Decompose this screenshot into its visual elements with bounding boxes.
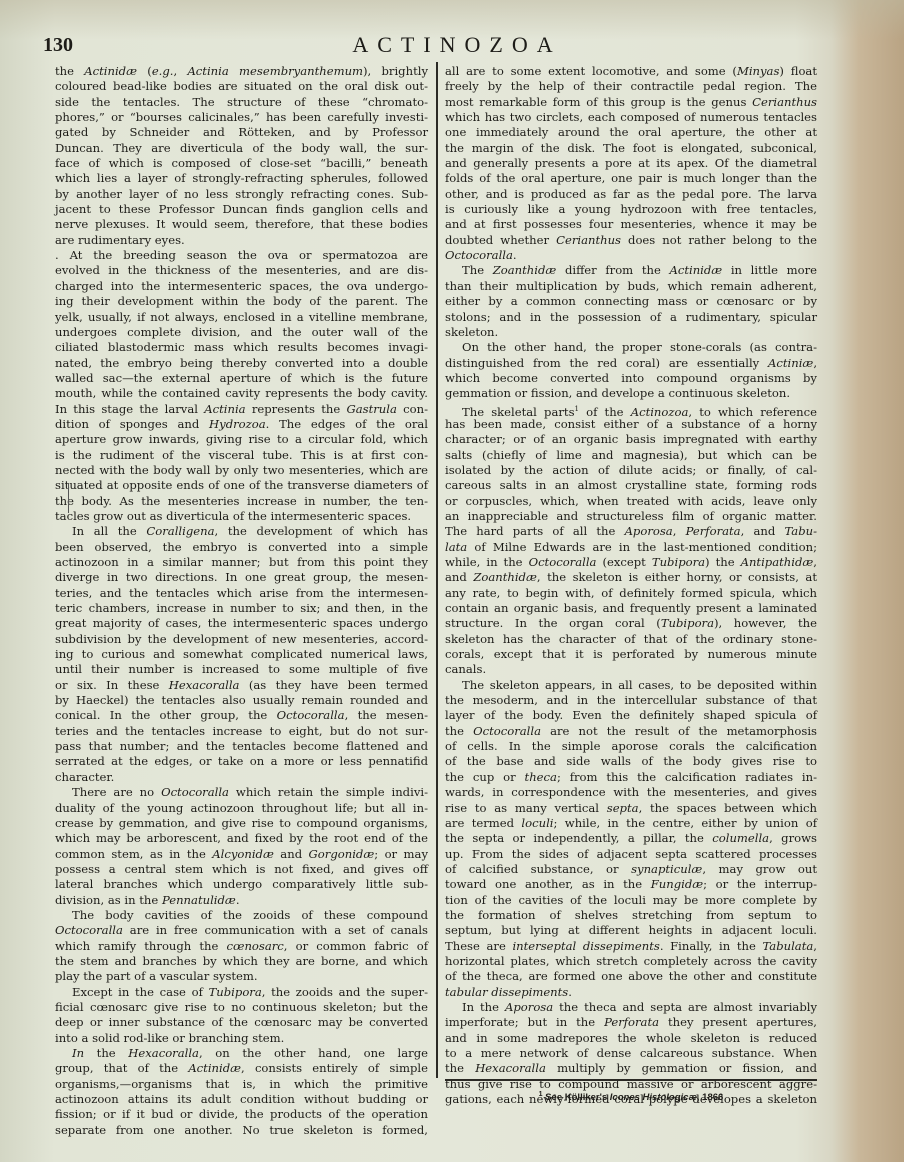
- text-line: In all the Coralligena, the development …: [55, 524, 428, 539]
- text-line: . At the breeding season the ova or sper…: [55, 248, 428, 263]
- text-line: up. From the sides of adjacent septa sca…: [445, 847, 817, 862]
- text-line: In this stage the larval Actinia represe…: [55, 402, 428, 417]
- text-line: wards, in correspondence with the mesent…: [445, 785, 817, 800]
- text-line: dition of sponges and Hydrozoa. The edge…: [55, 417, 428, 432]
- text-line: undergoes complete division, and the out…: [55, 325, 428, 340]
- text-line: while, in the Octocoralla (except Tubipo…: [445, 555, 817, 570]
- text-line: of calcified substance, or synapticulæ, …: [445, 862, 817, 877]
- text-line: nected with the body wall by only two me…: [55, 463, 428, 478]
- text-line: the mesoderm, and in the intercellular s…: [445, 693, 817, 708]
- text-line: gemmation or fission, and develope a con…: [445, 386, 817, 401]
- column-divider: [436, 62, 438, 1078]
- text-line: ficial cœnosarc give rise to no continuo…: [55, 1000, 428, 1015]
- text-line: are termed loculi; while, in the centre,…: [445, 816, 817, 831]
- text-line: horizontal plates, which stretch complet…: [445, 954, 817, 969]
- text-line: walled sac—the external aperture of whic…: [55, 371, 428, 386]
- text-line: Octocoralla.: [445, 248, 817, 263]
- text-line: and Zoanthidæ, the skeleton is either ho…: [445, 570, 817, 585]
- text-line: fission; or if it bud or divide, the pro…: [55, 1107, 428, 1122]
- text-line: the cup or theca; from this the calcific…: [445, 770, 817, 785]
- text-line: character.: [55, 770, 428, 785]
- text-line: Octocoralla are in free communication wi…: [55, 923, 428, 938]
- text-line: The Zoanthidæ differ from the Actinidæ i…: [445, 263, 817, 278]
- text-line: which ramify through the cœnosarc, or co…: [55, 939, 428, 954]
- text-line: and generally presents a pore at its ape…: [445, 156, 817, 171]
- text-line: either by a common connecting mass or cœ…: [445, 294, 817, 309]
- text-line: is the rudiment of the visceral tube. Th…: [55, 448, 428, 463]
- text-line: teries, and the tentacles which arise fr…: [55, 586, 428, 601]
- text-line: corals, except that it is perforated by …: [445, 647, 817, 662]
- right-column: all are to some extent locomotive, and s…: [445, 64, 817, 1107]
- text-line: into a solid rod-like or branching stem.: [55, 1031, 428, 1046]
- text-line: all are to some extent locomotive, and s…: [445, 64, 817, 79]
- text-line: the Actinidæ (e.g., Actinia mesembryanth…: [55, 64, 428, 79]
- text-line: the body. As the mesenteries increase in…: [55, 494, 428, 509]
- text-line: doubted whether Cerianthus does not rath…: [445, 233, 817, 248]
- text-line: than their multiplication by buds, which…: [445, 279, 817, 294]
- text-line: are rudimentary eyes.: [55, 233, 428, 248]
- text-line: conical. In the other group, the Octocor…: [55, 708, 428, 723]
- text-line: of cells. In the simple aporose corals t…: [445, 739, 817, 754]
- text-line: evolved in the thickness of the mesenter…: [55, 263, 428, 278]
- text-line: subdivision by the development of new me…: [55, 632, 428, 647]
- text-line: careous salts in an almost crystalline s…: [445, 478, 817, 493]
- text-line: an inappreciable and structureless film …: [445, 509, 817, 524]
- text-line: which lies a layer of strongly-refractin…: [55, 171, 428, 186]
- text-line: isolated by the action of dilute acids; …: [445, 463, 817, 478]
- text-line: most remarkable form of this group is th…: [445, 95, 817, 110]
- text-line: phores,” or “bourses calicinales,” has b…: [55, 110, 428, 125]
- text-line: been observed, the embryo is converted i…: [55, 540, 428, 555]
- text-line: any rate, to begin with, of definitely f…: [445, 586, 817, 601]
- text-line: other, and is produced as far as the ped…: [445, 187, 817, 202]
- text-line: ciliated blastodermic mass which results…: [55, 340, 428, 355]
- text-line: The body cavities of the zooids of these…: [55, 908, 428, 923]
- text-line: possess a central stem which is not fixe…: [55, 862, 428, 877]
- text-line: skeleton.: [445, 325, 817, 340]
- text-line: distinguished from the red coral) are es…: [445, 356, 817, 371]
- text-line: salts (chiefly of lime and magnesia), bu…: [445, 448, 817, 463]
- text-line: deep or inner substance of the cœnosarc …: [55, 1015, 428, 1030]
- text-line: Duncan. They are diverticula of the body…: [55, 141, 428, 156]
- text-line: stolons; and in the possession of a rudi…: [445, 310, 817, 325]
- text-line: has been made, consist either of a subst…: [445, 417, 817, 432]
- text-line: the formation of shelves stretching from…: [445, 908, 817, 923]
- text-line: nerve plexuses. It would seem, therefore…: [55, 217, 428, 232]
- text-line: freely by the help of their contractile …: [445, 79, 817, 94]
- text-line: and at first possesses four mesenteries,…: [445, 217, 817, 232]
- text-line: tabular dissepiments.: [445, 985, 817, 1000]
- text-line: canals.: [445, 662, 817, 677]
- text-line: group, that of the Actinidæ, consists en…: [55, 1061, 428, 1076]
- text-line: side the tentacles. The structure of the…: [55, 95, 428, 110]
- text-line: to a mere network of dense calcareous su…: [445, 1046, 817, 1061]
- text-line: charged into the intermesenteric spaces,…: [55, 279, 428, 294]
- text-line: situated at opposite ends of one of the …: [55, 478, 428, 493]
- text-line: the stem and branches by which they are …: [55, 954, 428, 969]
- running-title: ACTINOZOA: [0, 32, 904, 58]
- text-line: tion of the cavities of the loculi may b…: [445, 893, 817, 908]
- margin-mark: [68, 483, 69, 513]
- text-line: actinozoon attains its adult condition w…: [55, 1092, 428, 1107]
- text-line: or corpuscles, which, when treated with …: [445, 494, 817, 509]
- text-line: septum, but lying at different heights i…: [445, 923, 817, 938]
- text-line: duality of the young actinozoon througho…: [55, 801, 428, 816]
- text-line: which has two circlets, each composed of…: [445, 110, 817, 125]
- text-line: tacles grow out as diverticula of the in…: [55, 509, 428, 524]
- text-line: aperture grow inwards, giving rise to a …: [55, 432, 428, 447]
- text-line: great majority of cases, the intermesent…: [55, 616, 428, 631]
- text-line: The skeleton appears, in all cases, to b…: [445, 678, 817, 693]
- text-line: The hard parts of all the Aporosa, Perfo…: [445, 524, 817, 539]
- text-line: until their number is increased to some …: [55, 662, 428, 677]
- text-line: skeleton has the character of that of th…: [445, 632, 817, 647]
- text-line: actinozoon in a similar manner; but from…: [55, 555, 428, 570]
- text-line: coloured bead-like bodies are situated o…: [55, 79, 428, 94]
- text-line: by Haeckel) the tentacles also usually r…: [55, 693, 428, 708]
- text-line: which may be arborescent, and fixed by t…: [55, 831, 428, 846]
- text-line: the septa or independently, a pillar, th…: [445, 831, 817, 846]
- text-line: the margin of the disk. The foot is elon…: [445, 141, 817, 156]
- text-line: play the part of a vascular system.: [55, 969, 428, 984]
- text-line: the Hexacoralla multiply by gemmation or…: [445, 1061, 817, 1076]
- text-line: In the Hexacoralla, on the other hand, o…: [55, 1046, 428, 1061]
- text-line: Except in the case of Tubipora, the zooi…: [55, 985, 428, 1000]
- text-line: folds of the oral aperture, one pair is …: [445, 171, 817, 186]
- text-line: the Octocoralla are not the result of th…: [445, 724, 817, 739]
- text-line: ing their development within the body of…: [55, 294, 428, 309]
- footnote-divider: [445, 1079, 817, 1081]
- text-line: one immediately around the oral aperture…: [445, 125, 817, 140]
- text-line: nated, the embryo being thereby converte…: [55, 356, 428, 371]
- text-line: teric chambers, increase in number to si…: [55, 601, 428, 616]
- text-line: There are no Octocoralla which retain th…: [55, 785, 428, 800]
- text-line: structure. In the organ coral (Tubipora)…: [445, 616, 817, 631]
- text-line: of the base and side walls of the body g…: [445, 754, 817, 769]
- text-line: which become converted into compound org…: [445, 371, 817, 386]
- text-line: The skeletal parts1 of the Actinozoa, to…: [445, 402, 817, 417]
- text-line: toward one another, as in the Fungidæ; o…: [445, 877, 817, 892]
- text-line: separate from one another. No true skele…: [55, 1123, 428, 1138]
- text-line: pass that number; and the tentacles beco…: [55, 739, 428, 754]
- text-line: common stem, as in the Alcyonidæ and Gor…: [55, 847, 428, 862]
- text-line: teries and the tentacles increase to eig…: [55, 724, 428, 739]
- text-line: ing to curious and somewhat complicated …: [55, 647, 428, 662]
- text-line: imperforate; but in the Perforata they p…: [445, 1015, 817, 1030]
- text-line: lateral branches which undergo comparati…: [55, 877, 428, 892]
- text-line: mouth, while the contained cavity repres…: [55, 386, 428, 401]
- text-line: diverge in two directions. In one great …: [55, 570, 428, 585]
- left-column: the Actinidæ (e.g., Actinia mesembryanth…: [55, 64, 428, 1138]
- text-line: character; or of an organic basis impreg…: [445, 432, 817, 447]
- text-line: face of which is composed of close-set “…: [55, 156, 428, 171]
- text-line: rise to as many vertical septa, the spac…: [445, 801, 817, 816]
- footnote: 1 See Kölliker's Icones Histologicæ, 186…: [445, 1091, 817, 1103]
- text-line: yelk, usually, if not always, enclosed i…: [55, 310, 428, 325]
- text-line: contain an organic basis, and frequently…: [445, 601, 817, 616]
- text-line: crease by gemmation, and give rise to co…: [55, 816, 428, 831]
- text-line: or six. In these Hexacoralla (as they ha…: [55, 678, 428, 693]
- text-line: organisms,—organisms that is, in which t…: [55, 1077, 428, 1092]
- text-line: lata of Milne Edwards are in the last-me…: [445, 540, 817, 555]
- text-line: is curiously like a young hydrozoon with…: [445, 202, 817, 217]
- text-line: serrated at the edges, or take on a more…: [55, 754, 428, 769]
- text-line: and in some madrepores the whole skeleto…: [445, 1031, 817, 1046]
- text-line: In the Aporosa the theca and septa are a…: [445, 1000, 817, 1015]
- text-line: jacent to these Professor Duncan finds g…: [55, 202, 428, 217]
- text-line: division, as in the Pennatulidæ.: [55, 893, 428, 908]
- text-line: On the other hand, the proper stone-cora…: [445, 340, 817, 355]
- text-line: of the theca, are formed one above the o…: [445, 969, 817, 984]
- text-line: gated by Schneider and Rötteken, and by …: [55, 125, 428, 140]
- text-line: These are interseptal dissepiments. Fina…: [445, 939, 817, 954]
- text-line: layer of the body. Even the definitely s…: [445, 708, 817, 723]
- text-line: by another layer of no less strongly ref…: [55, 187, 428, 202]
